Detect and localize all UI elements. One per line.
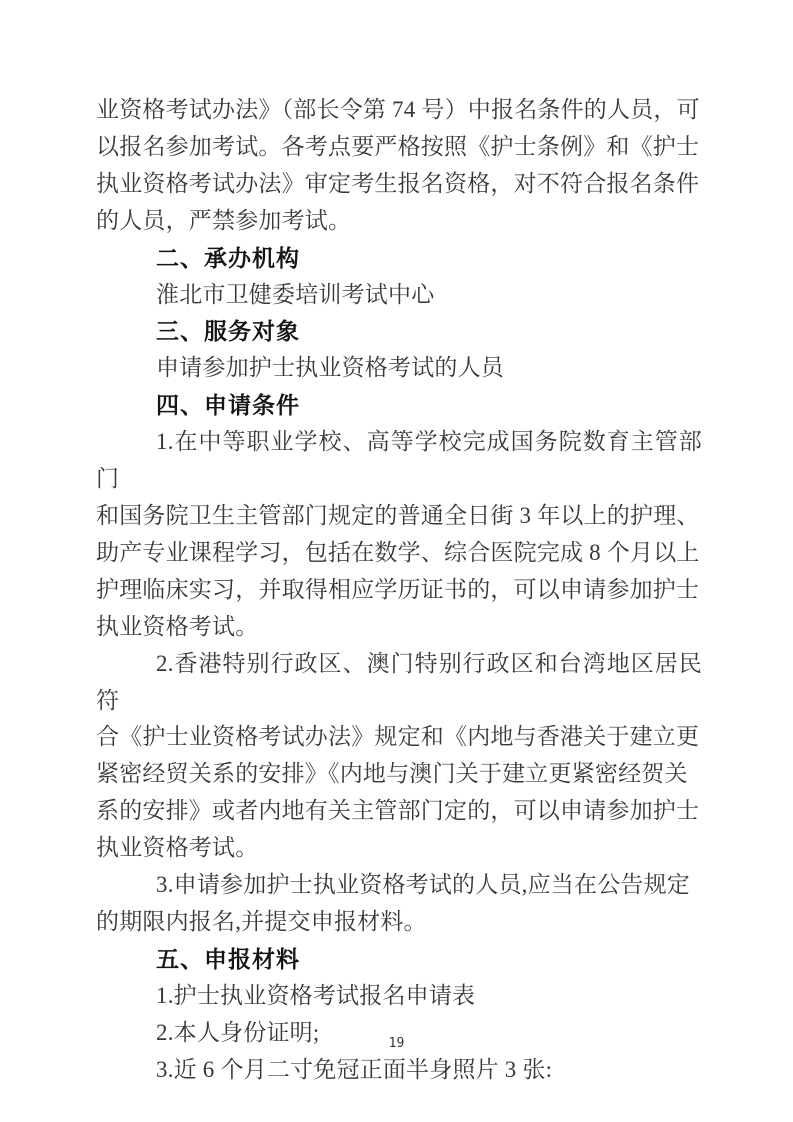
heading-undertaking-organization: 二、承办机构 <box>96 240 702 277</box>
paragraph-undertaking-organization: 淮北市卫健委培训考试中心 <box>96 277 702 314</box>
heading-application-materials: 五、申报材料 <box>96 941 702 978</box>
paragraph-registration-eligibility: 业资格考试办法》（部长令第 74 号）中报名条件的人员，可 以报名参加考试。各考… <box>96 92 702 240</box>
page-number: 19 <box>0 1036 793 1051</box>
document-page: 业资格考试办法》（部长令第 74 号）中报名条件的人员，可 以报名参加考试。各考… <box>0 0 793 1122</box>
paragraph-service-target: 申请参加护士执业资格考试的人员 <box>96 350 702 387</box>
paragraph-material-1: 1.护士执业资格考试报名申请表 <box>96 978 702 1015</box>
document-body: 业资格考试办法》（部长令第 74 号）中报名条件的人员，可 以报名参加考试。各考… <box>96 92 702 1088</box>
paragraph-condition-2: 2.香港特别行政区、澳门特别行政区和台湾地区居民符 合《护士业资格考试办法》规定… <box>96 646 702 867</box>
heading-application-conditions: 四、申请条件 <box>96 387 702 424</box>
paragraph-condition-3: 3.申请参加护士执业资格考试的人员,应当在公告规定 的期限内报名,并提交申报材料… <box>96 867 702 941</box>
heading-service-target: 三、服务对象 <box>96 313 702 350</box>
paragraph-material-3: 3.近 6 个月二寸免冠正面半身照片 3 张: <box>96 1052 702 1089</box>
paragraph-condition-1: 1.在中等职业学校、高等学校完成国务院数育主管部门 和国务院卫生主管部门规定的普… <box>96 424 702 645</box>
